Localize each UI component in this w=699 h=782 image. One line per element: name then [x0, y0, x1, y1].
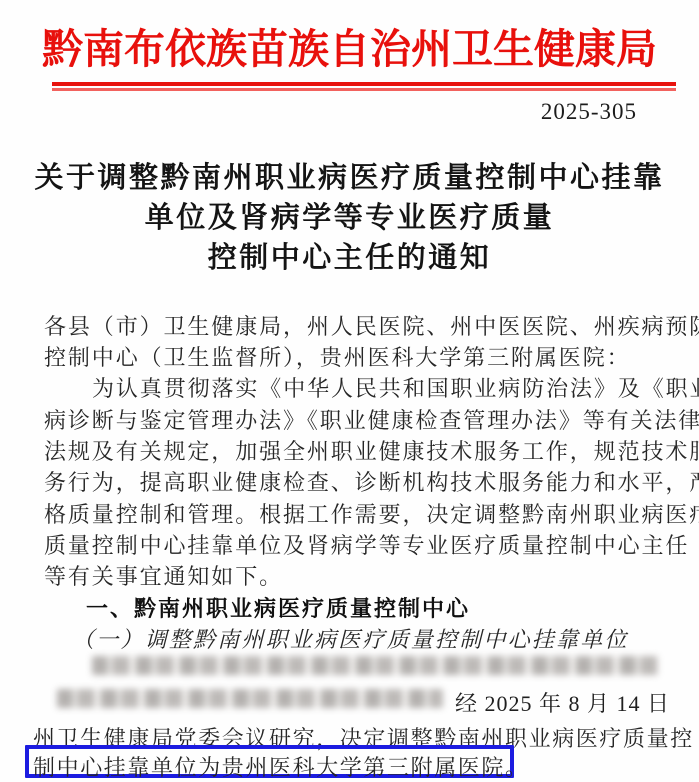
body-line: 法规及有关规定，加强全州职业健康技术服务工作，规范技术服 [44, 435, 699, 462]
redacted-line [92, 656, 658, 675]
body-line: 等有关事宜通知如下。 [44, 560, 283, 587]
letterhead-rule-bottom [52, 88, 676, 91]
letterhead-rule-top [52, 82, 676, 86]
title-line-3: 控制中心主任的通知 [0, 238, 699, 278]
salutation-line: 控制中心（卫生监督所），贵州医科大学第三附属医院： [44, 341, 631, 368]
body-line: 病诊断与鉴定管理办法》《职业健康检查管理办法》等有关法律 [44, 404, 699, 431]
body-line: 质量控制中心挂靠单位及肾病学等专业医疗质量控制中心主任 [44, 529, 689, 556]
title-line-1: 关于调整黔南州职业病医疗质量控制中心挂靠 [0, 158, 699, 198]
body-line: 格质量控制和管理。根据工作需要，决定调整黔南州职业病医疗 [44, 498, 699, 525]
highlighted-line: 制中心挂靠单位为贵州医科大学第三附属医院。 [33, 751, 529, 778]
section-heading: 一、黔南州职业病医疗质量控制中心 [44, 592, 470, 619]
body-line: 为认真贯彻落实《中华人民共和国职业病防治法》及《职业 [44, 372, 699, 399]
body-line: 务行为，提高职业健康检查、诊断机构技术服务能力和水平，严 [44, 466, 699, 493]
salutation-line: 各县（市）卫生健康局，州人民医院、州中医医院、州疾病预防 [44, 310, 699, 337]
doc-number: 2025-305 [0, 99, 637, 125]
agency-letterhead: 黔南布依族苗族自治州卫生健康局 [0, 16, 699, 75]
title-line-2: 单位及肾病学等专业医疗质量 [0, 198, 699, 238]
document-title: 关于调整黔南州职业病医疗质量控制中心挂靠 单位及肾病学等专业医疗质量 控制中心主… [0, 158, 699, 278]
document-page: 黔南布依族苗族自治州卫生健康局 2025-305 关于调整黔南州职业病医疗质量控… [0, 0, 699, 782]
decision-date-text: 经 2025 年 8 月 14 日 [455, 687, 670, 718]
redacted-line [57, 689, 443, 708]
subsection-heading: （一）调整黔南州职业病医疗质量控制中心挂靠单位 [44, 623, 629, 650]
